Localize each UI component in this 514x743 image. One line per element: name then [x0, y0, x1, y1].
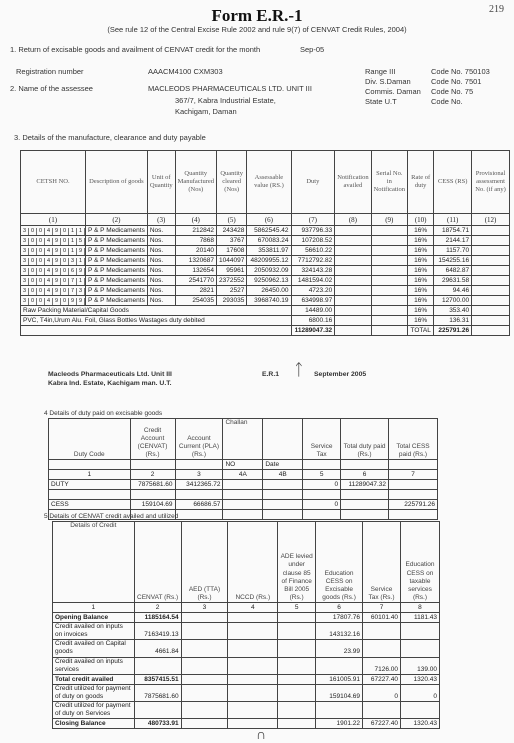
cetsh-digit: 4 [45, 298, 53, 305]
credit-edu-cess-st [400, 623, 439, 640]
cetsh-digit: 7 [69, 278, 77, 285]
credit-edu-cess: 23.99 [316, 640, 363, 657]
assessable-value: 26450.00 [247, 286, 291, 296]
cetsh-digit: 9 [69, 298, 77, 305]
return-label: 1. Return of excisable goods and availme… [10, 45, 260, 54]
period: September 2005 [314, 371, 366, 378]
table-row: Credit utilized for payment of duty on S… [53, 702, 440, 719]
assessable-value: 9250962.13 [247, 276, 291, 286]
qty-manufactured: 7868 [175, 236, 216, 246]
credit-edu-cess [316, 702, 363, 719]
credit-ade [278, 640, 316, 657]
col-number: (12) [472, 214, 510, 226]
cetsh-digit: 7 [69, 288, 77, 295]
rate-of-duty: 16% [408, 276, 434, 286]
pen-mark-icon: ᛏ [294, 362, 304, 380]
table-row: 30049019P & P MedicamentsNos.20140176083… [21, 246, 510, 256]
credit-aed [181, 684, 228, 701]
cetsh-digit: 3 [69, 258, 77, 265]
col-header: CENVAT (Rs.) [134, 522, 181, 603]
cetsh-digits: 30049031 [21, 258, 85, 265]
cetsh-digit: 9 [53, 228, 61, 235]
jurisdiction-label: Commis. Daman [365, 87, 431, 97]
rate-of-duty: 16% [408, 246, 434, 256]
goods-description: P & P Medicaments [86, 226, 148, 236]
pla-amount: 66686.57 [175, 500, 223, 510]
goods-description: P & P Medicaments [86, 276, 148, 286]
col-header: Education CESS on taxable services (Rs.) [400, 522, 439, 603]
goods-description: P & P Medicaments [86, 296, 148, 306]
service-tax: 0 [303, 500, 341, 510]
qty-cleared: 2372552 [217, 276, 247, 286]
cetsh-digit: 0 [37, 248, 45, 255]
credit-service-tax: 60101.40 [363, 613, 401, 623]
table-row: 30049071P & P MedicamentsNos.25417702372… [21, 276, 510, 286]
credit-nccd [228, 640, 278, 657]
credit-nccd [228, 657, 278, 674]
credit-service-tax [363, 702, 401, 719]
unit: Nos. [147, 256, 175, 266]
credit-edu-cess-st: 1181.43 [400, 613, 439, 623]
credit-service-tax: 67227.40 [363, 719, 401, 729]
credit-aed [181, 657, 228, 674]
credit-aed [181, 640, 228, 657]
col-number: 2 [134, 603, 181, 613]
credit-detail-label: Credit availed on inputs on invoices [53, 623, 135, 640]
unit: Nos. [147, 246, 175, 256]
unit: Nos. [147, 266, 175, 276]
total-duty: 11289047.32 [291, 326, 335, 336]
qty-manufactured: 2541770 [175, 276, 216, 286]
assessee-name: MACLEODS PHARMACEUTICALS LTD. UNIT III [148, 84, 312, 93]
col-number: 7 [363, 603, 401, 613]
section5-heading: 5 Details of CENVAT credit availed and u… [44, 513, 178, 520]
credit-detail-label: Opening Balance [53, 613, 135, 623]
credit-cenvat: 7875681.60 [134, 684, 181, 701]
cetsh-digit: 9 [53, 268, 61, 275]
col-number: 8 [400, 603, 439, 613]
credit-detail-label: Credit availed on inputs services [53, 657, 135, 674]
cetsh-digit: 0 [37, 258, 45, 265]
credit-nccd [228, 719, 278, 729]
challan-no-label: NO [223, 460, 263, 470]
section3-heading: 3. Details of the manufacture, clearance… [14, 133, 206, 142]
assessable-value: 2050932.09 [247, 266, 291, 276]
extra-row-label: Raw Packing Material/Capital Goods [21, 306, 292, 316]
header-row: Duty Code Credit Account (CENVAT) (Rs.) … [49, 419, 438, 460]
challan-sub-row: NO Date [49, 460, 438, 470]
cetsh-digit: 9 [77, 248, 85, 255]
table-row: Credit availed on Capital goods4661.8423… [53, 640, 440, 657]
credit-edu-cess: 1901.22 [316, 719, 363, 729]
credit-cenvat: 7163419.13 [134, 623, 181, 640]
col-number: (9) [371, 214, 407, 226]
cetsh-digit: 3 [21, 258, 29, 265]
credit-nccd [228, 623, 278, 640]
cetsh-digit: 5 [77, 238, 85, 245]
table-row: Closing Balance480733.911901.2267227.401… [53, 719, 440, 729]
cetsh-digit: 9 [77, 268, 85, 275]
cess: 12700.00 [434, 296, 472, 306]
col-header: Total CESS paid (Rs.) [389, 419, 438, 460]
unit: Nos. [147, 286, 175, 296]
table-row: 30049011P & P MedicamentsNos.21284224342… [21, 226, 510, 236]
credit-edu-cess: 143132.16 [316, 623, 363, 640]
credit-cenvat: 8357415.51 [134, 674, 181, 684]
col-header: Credit Account (CENVAT) (Rs.) [130, 419, 175, 460]
cetsh-digit: 0 [29, 268, 37, 275]
cenvat-amount: 159104.69 [130, 500, 175, 510]
cess: 29631.58 [434, 276, 472, 286]
col-header: Rate of duty [408, 151, 434, 214]
jurisdiction-code: Code No. [431, 97, 463, 107]
col-number: (4) [175, 214, 216, 226]
col-number: 3 [175, 470, 223, 480]
table-row: Credit availed on inputs on invoices7163… [53, 623, 440, 640]
cetsh-digit: 0 [29, 298, 37, 305]
qty-manufactured: 1320687 [175, 256, 216, 266]
address-line-1: 367/7, Kabra Industrial Estate, [175, 96, 276, 105]
credit-edu-cess-st: 139.00 [400, 657, 439, 674]
cetsh-digit: 6 [69, 268, 77, 275]
cess: 18754.71 [434, 226, 472, 236]
duty: 324143.28 [291, 266, 335, 276]
qty-manufactured: 2821 [175, 286, 216, 296]
cetsh-digit: 1 [69, 228, 77, 235]
cetsh-digit: 3 [21, 248, 29, 255]
blank-row [49, 490, 438, 500]
cetsh-digit: 4 [45, 258, 53, 265]
cetsh-digit: 0 [29, 278, 37, 285]
jurisdiction-code: Code No. 750103 [431, 67, 490, 77]
company-line-1: Macleods Pharmaceuticals Ltd. Unit III [48, 370, 172, 379]
total-label: TOTAL [408, 326, 434, 336]
duty: 107208.52 [291, 236, 335, 246]
extra-row-duty: 14489.00 [291, 306, 335, 316]
table-row: 30049099P & P MedicamentsNos.25403529303… [21, 296, 510, 306]
cetsh-digit: 3 [77, 288, 85, 295]
col-number: 4B [263, 470, 303, 480]
credit-nccd [228, 613, 278, 623]
col-header: NCCD (Rs.) [228, 522, 278, 603]
col-header: Account Current (PLA) (Rs.) [175, 419, 223, 460]
cess: 6482.87 [434, 266, 472, 276]
col-header: Details of Credit [53, 522, 135, 603]
cetsh-digits: 30049071 [21, 278, 85, 285]
credit-detail-label: Closing Balance [53, 719, 135, 729]
assessable-value: 48209955.12 [247, 256, 291, 266]
credit-ade [278, 613, 316, 623]
total-cess: 225791.26 [389, 500, 438, 510]
jurisdiction-label: Range III [365, 67, 431, 77]
jurisdiction-label: Div. S.Daman [365, 77, 431, 87]
column-number-row: (1) (2) (3) (4) (5) (6) (7) (8) (9) (10)… [21, 214, 510, 226]
cetsh-digit: 0 [61, 278, 69, 285]
credit-ade [278, 623, 316, 640]
challan-no [223, 500, 263, 510]
jurisdiction-label: State U.T [365, 97, 431, 107]
cess: 2144.17 [434, 236, 472, 246]
credit-aed [181, 613, 228, 623]
rate-of-duty: 16% [408, 286, 434, 296]
col-number: (8) [335, 214, 371, 226]
cetsh-digit: 9 [53, 248, 61, 255]
credit-aed [181, 702, 228, 719]
credit-ade [278, 657, 316, 674]
col-header: Service Tax (Rs.) [363, 522, 401, 603]
cetsh-digit: 0 [37, 238, 45, 245]
col-number: 7 [389, 470, 438, 480]
cetsh-digit: 9 [53, 288, 61, 295]
credit-edu-cess: 161005.91 [316, 674, 363, 684]
cetsh-digits: 30049099 [21, 298, 85, 305]
cetsh-digit: 0 [61, 268, 69, 275]
extra-row-rate: 16% [408, 306, 434, 316]
table-row: DUTY 7875681.60 3412365.72 0 11289047.32 [49, 480, 438, 490]
col-number: (11) [434, 214, 472, 226]
col-number: (5) [217, 214, 247, 226]
col-number: 5 [303, 470, 341, 480]
col-header: Quantity cleared (Nos) [217, 151, 247, 214]
cetsh-digit: 3 [21, 238, 29, 245]
credit-cenvat: 1185164.54 [134, 613, 181, 623]
unit: Nos. [147, 276, 175, 286]
pla-amount: 3412365.72 [175, 480, 223, 490]
table-row: Opening Balance1185164.5417807.7660101.4… [53, 613, 440, 623]
cetsh-digit: 4 [45, 268, 53, 275]
header-row: Details of Credit CENVAT (Rs.) AED (TTA)… [53, 522, 440, 603]
qty-cleared: 1044097 [217, 256, 247, 266]
challan-no [223, 480, 263, 490]
col-header: ADE levied under clause 85 of Finance Bi… [278, 522, 316, 603]
challan-date [263, 500, 303, 510]
cetsh-digit: 4 [45, 238, 53, 245]
company-block: Macleods Pharmaceuticals Ltd. Unit III K… [48, 370, 172, 388]
credit-edu-cess-st [400, 640, 439, 657]
credit-service-tax: 67227.40 [363, 674, 401, 684]
credit-ade [278, 702, 316, 719]
credit-cenvat: 4661.84 [134, 640, 181, 657]
table-row: Total credit availed8357415.51161005.916… [53, 674, 440, 684]
credit-ade [278, 684, 316, 701]
credit-cenvat: 480733.91 [134, 719, 181, 729]
qty-manufactured: 254035 [175, 296, 216, 306]
duty: 7712792.82 [291, 256, 335, 266]
goods-description: P & P Medicaments [86, 236, 148, 246]
table-row: 30049015P & P MedicamentsNos.78683767670… [21, 236, 510, 246]
credit-edu-cess-st: 1320.43 [400, 719, 439, 729]
qty-cleared: 2527 [217, 286, 247, 296]
credit-aed [181, 719, 228, 729]
col-number: (10) [408, 214, 434, 226]
cetsh-digit: 0 [61, 288, 69, 295]
cetsh-digit: 0 [37, 268, 45, 275]
credit-detail-label: Total credit availed [53, 674, 135, 684]
cetsh-digit: 3 [21, 228, 29, 235]
extra-row-duty: 6800.16 [291, 316, 335, 326]
duty-code: CESS [49, 500, 131, 510]
total-cess: 225791.26 [434, 326, 472, 336]
cetsh-digit: 9 [53, 238, 61, 245]
cetsh-digit: 0 [29, 228, 37, 235]
col-number: 4A [223, 470, 263, 480]
table-row: Credit availed on inputs services7126.00… [53, 657, 440, 674]
col-number: 5 [278, 603, 316, 613]
credit-detail-label: Credit utilized for payment of duty on S… [53, 702, 135, 719]
qty-manufactured: 20140 [175, 246, 216, 256]
col-header: Duty Code [49, 419, 131, 460]
unit: Nos. [147, 226, 175, 236]
col-header: Challan [223, 419, 263, 460]
cetsh-digit: 0 [61, 298, 69, 305]
cetsh-digit: 0 [61, 248, 69, 255]
col-number: (1) [21, 214, 86, 226]
cetsh-digit: 0 [29, 288, 37, 295]
cess: 94.46 [434, 286, 472, 296]
cetsh-digits: 30049019 [21, 248, 85, 255]
company-line-2: Kabra Ind. Estate, Kachigam man. U.T. [48, 379, 172, 388]
cetsh-digit: 0 [29, 248, 37, 255]
cetsh-digit: 0 [29, 238, 37, 245]
col-header: Education CESS on Excisable goods (Rs.) [316, 522, 363, 603]
extra-row: PVC, T4in,Urum Alu. Foil, Glass Bottles … [21, 316, 510, 326]
assessable-value: 353811.97 [247, 246, 291, 256]
duty: 937796.33 [291, 226, 335, 236]
section4-heading: 4 Details of duty paid on excisable good… [44, 410, 162, 417]
goods-description: P & P Medicaments [86, 256, 148, 266]
credit-detail-label: Credit utilized for payment of duty on g… [53, 684, 135, 701]
duty-paid-table: Duty Code Credit Account (CENVAT) (Rs.) … [48, 418, 438, 520]
credit-aed [181, 623, 228, 640]
col-header: Description of goods [86, 151, 148, 214]
col-number: (6) [247, 214, 291, 226]
credit-edu-cess-st: 0 [400, 684, 439, 701]
cetsh-digit: 3 [21, 288, 29, 295]
jurisdiction-code: Code No. 75 [431, 87, 473, 97]
credit-edu-cess [316, 657, 363, 674]
credit-nccd [228, 674, 278, 684]
total-duty [341, 500, 389, 510]
cetsh-digit: 3 [21, 268, 29, 275]
cetsh-digit: 4 [45, 248, 53, 255]
duty: 4723.20 [291, 286, 335, 296]
col-header: AED (TTA) (Rs.) [181, 522, 228, 603]
credit-service-tax [363, 640, 401, 657]
cetsh-digit: 4 [45, 228, 53, 235]
col-number: 2 [130, 470, 175, 480]
col-header: Total duty paid (Rs.) [341, 419, 389, 460]
extra-row-rate: 16% [408, 316, 434, 326]
goods-description: P & P Medicaments [86, 246, 148, 256]
cenvat-amount: 7875681.60 [130, 480, 175, 490]
cetsh-digit: 1 [69, 248, 77, 255]
cetsh-digit: 0 [37, 278, 45, 285]
rate-of-duty: 16% [408, 256, 434, 266]
col-header: Notification availed [335, 151, 371, 214]
paper-clip-icon: ∩ [256, 726, 266, 742]
table-row: Credit utilized for payment of duty on g… [53, 684, 440, 701]
header-row: CETSH NO. Description of goods Unit of Q… [21, 151, 510, 214]
col-header: Quantity Manufactured (Nos) [175, 151, 216, 214]
col-header: CETSH NO. [21, 151, 86, 214]
col-header: Provisional assessment No. (if any) [472, 151, 510, 214]
rate-of-duty: 16% [408, 226, 434, 236]
form-title: Form E.R.-1 [0, 6, 514, 26]
col-header: Assessable value (RS.) [247, 151, 291, 214]
col-number: 1 [49, 470, 131, 480]
credit-nccd [228, 702, 278, 719]
assessable-value: 5862545.42 [247, 226, 291, 236]
cetsh-digit: 9 [53, 258, 61, 265]
registration-label: Registration number [16, 67, 84, 76]
assessable-value: 3968740.19 [247, 296, 291, 306]
credit-edu-cess-st: 1320.43 [400, 674, 439, 684]
goods-description: P & P Medicaments [86, 286, 148, 296]
cess: 154255.16 [434, 256, 472, 266]
col-header: Unit of Quantity [147, 151, 175, 214]
qty-manufactured: 212842 [175, 226, 216, 236]
unit: Nos. [147, 236, 175, 246]
cetsh-digit: 3 [21, 298, 29, 305]
credit-edu-cess: 17807.76 [316, 613, 363, 623]
column-number-row: 1 2 3 4 5 6 7 8 [53, 603, 440, 613]
credit-service-tax: 7126.00 [363, 657, 401, 674]
cetsh-digits: 30049015 [21, 238, 85, 245]
qty-manufactured: 132654 [175, 266, 216, 276]
unit: Nos. [147, 296, 175, 306]
rate-of-duty: 16% [408, 266, 434, 276]
jurisdiction-code: Code No. 7501 [431, 77, 481, 87]
manufacture-clearance-table: CETSH NO. Description of goods Unit of Q… [20, 150, 510, 336]
cetsh-digit: 0 [37, 288, 45, 295]
cetsh-digit: 9 [53, 278, 61, 285]
credit-nccd [228, 684, 278, 701]
duty: 1481594.02 [291, 276, 335, 286]
cetsh-digit: 9 [77, 298, 85, 305]
cetsh-digit: 0 [61, 238, 69, 245]
credit-service-tax [363, 623, 401, 640]
cenvat-credit-table: Details of Credit CENVAT (Rs.) AED (TTA)… [52, 521, 440, 729]
cetsh-digits: 30049073 [21, 288, 85, 295]
col-header: Duty [291, 151, 335, 214]
qty-cleared: 17608 [217, 246, 247, 256]
credit-service-tax: 0 [363, 684, 401, 701]
total-row: 11289047.32 TOTAL 225791.26 [21, 326, 510, 336]
assessable-value: 670083.24 [247, 236, 291, 246]
credit-cenvat [134, 657, 181, 674]
cetsh-digit: 1 [77, 258, 85, 265]
extra-row-cess: 136.31 [434, 316, 472, 326]
col-number: 6 [341, 470, 389, 480]
cetsh-digits: 30049069 [21, 268, 85, 275]
cetsh-digit: 4 [45, 288, 53, 295]
service-tax: 0 [303, 480, 341, 490]
col-header [263, 419, 303, 460]
cetsh-digit: 3 [21, 278, 29, 285]
cess: 1157.70 [434, 246, 472, 256]
qty-cleared: 95961 [217, 266, 247, 276]
cetsh-digits: 30049011 [21, 228, 85, 235]
total-cess [389, 480, 438, 490]
table-row: 30049069P & P MedicamentsNos.13265495961… [21, 266, 510, 276]
cetsh-digit: 9 [53, 298, 61, 305]
duty-code: DUTY [49, 480, 131, 490]
col-number: 6 [316, 603, 363, 613]
challan-date [263, 480, 303, 490]
credit-edu-cess: 159104.69 [316, 684, 363, 701]
qty-cleared: 243428 [217, 226, 247, 236]
credit-edu-cess-st [400, 702, 439, 719]
